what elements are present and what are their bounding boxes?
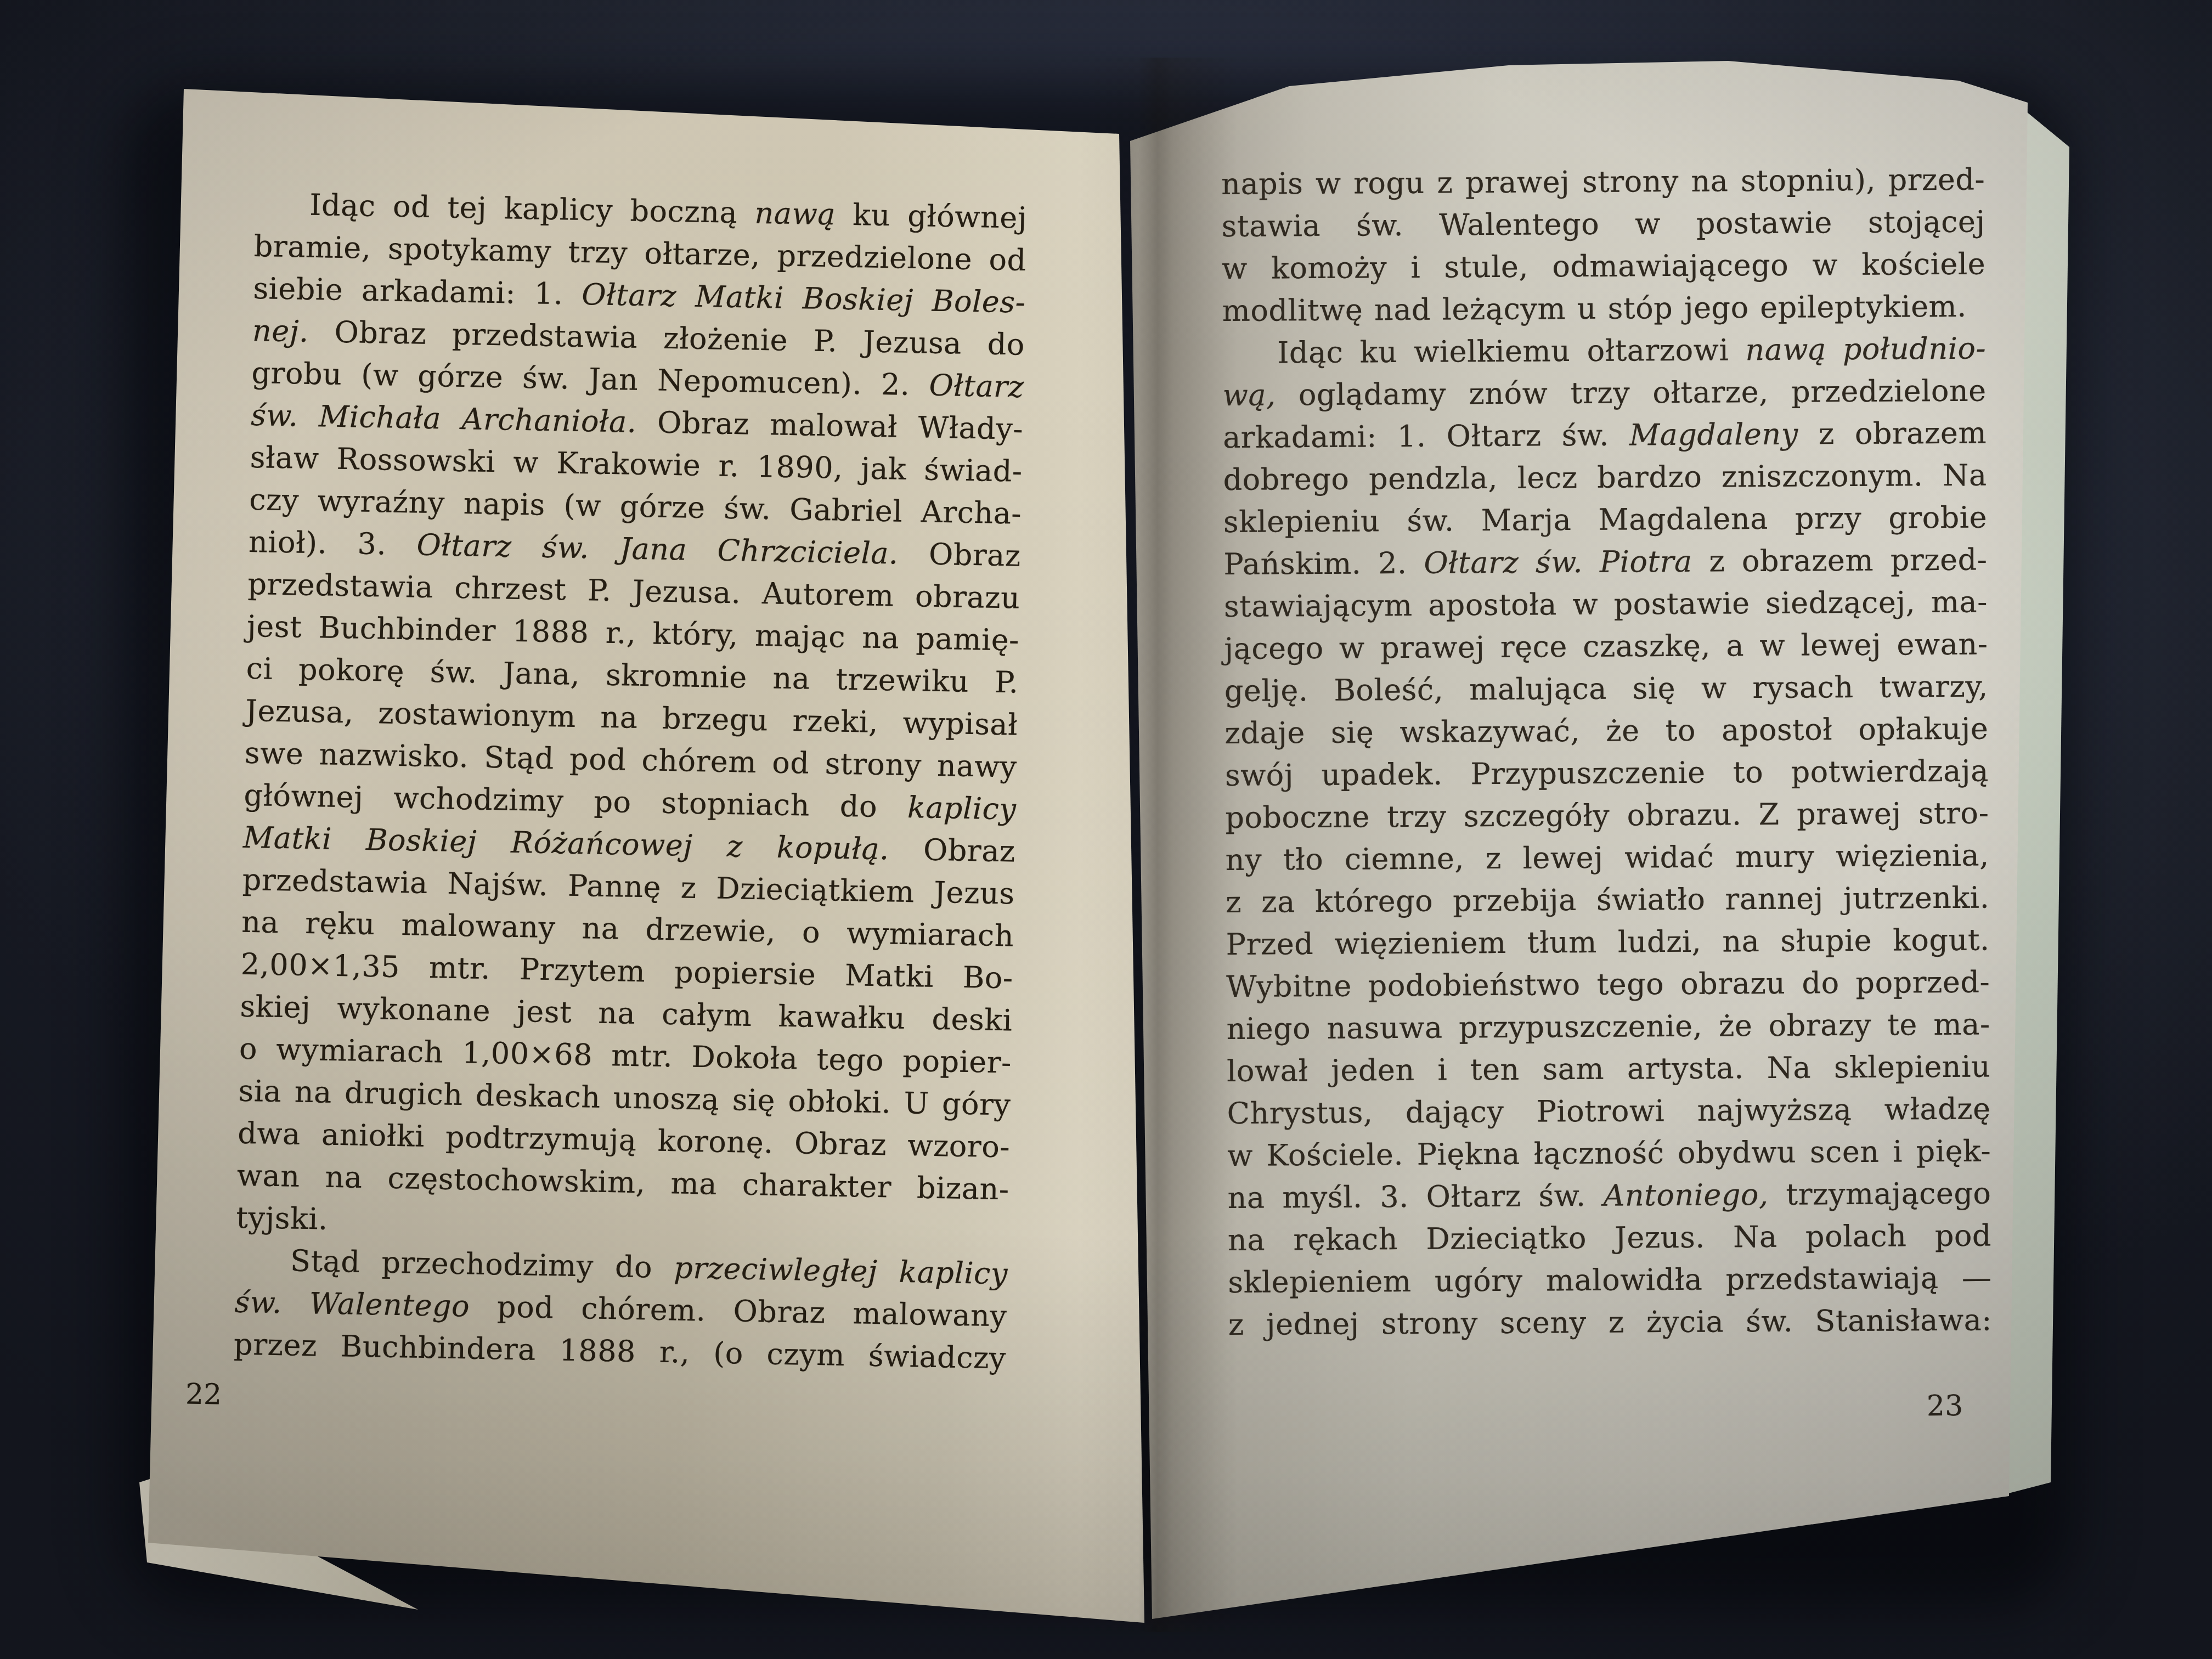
- text-line: modlitwę nad leżącym u stóp jego epilept…: [1222, 285, 1985, 332]
- right-page-number: 23: [1927, 1390, 1963, 1423]
- text-line: napis w rogu z prawej strony na stopniu)…: [1221, 158, 1985, 205]
- right-page-text: napis w rogu z prawej strony na stopniu)…: [1221, 158, 1992, 1345]
- left-page: Idąc od tej kaplicy boczną nawą ku główn…: [137, 66, 1158, 1646]
- text-line: swój upadek. Przypuszczenie to potwierdz…: [1225, 749, 1989, 797]
- text-line: z jednej strony sceny z życia św. Stanis…: [1228, 1299, 1992, 1346]
- text-line: z za którego przebija światło rannej jut…: [1226, 876, 1989, 923]
- photo-scene: Idąc od tej kaplicy boczną nawą ku główn…: [0, 0, 2212, 1659]
- text-line: Pańskim. 2. Ołtarz św. Piotra z obrazem …: [1223, 538, 1987, 585]
- text-line: dobrego pendzla, lecz bardzo zniszczonym…: [1223, 454, 1987, 501]
- left-page-text: Idąc od tej kaplicy boczną nawą ku główn…: [233, 183, 1027, 1379]
- text-line: lował jeden i ten sam artysta. Na sklepi…: [1227, 1045, 1990, 1092]
- text-line: niego nasuwa przypuszczenie, że obrazy t…: [1226, 1003, 1990, 1050]
- left-page-number: 22: [185, 1378, 222, 1411]
- text-line: sklepieniem ugóry malowidła przedstawiaj…: [1228, 1256, 1991, 1304]
- text-line: Idąc ku wielkiemu ołtarzowi nawą południ…: [1222, 327, 1986, 374]
- text-line: stawia św. Walentego w postawie stojącej: [1221, 200, 1985, 247]
- text-line: stawiającym apostoła w postawie siedzące…: [1224, 580, 1988, 628]
- text-line: arkadami: 1. Ołtarz św. Magdaleny z obra…: [1223, 411, 1987, 459]
- text-line: gelję. Boleść, malująca się w rysach twa…: [1224, 665, 1988, 712]
- text-line: w komoży i stule, odmawiającego w koście…: [1222, 242, 1985, 290]
- text-line: Przed więzieniem tłum ludzi, na słupie k…: [1226, 918, 1989, 966]
- text-line: na myśl. 3. Ołtarz św. Antoniego, trzyma…: [1227, 1172, 1991, 1219]
- text-line: ny tło ciemne, z lewej widać mury więzie…: [1226, 834, 1989, 881]
- text-line: w Kościele. Piękna łączność obydwu scen …: [1227, 1130, 1991, 1177]
- text-line: Wybitne podobieństwo tego obrazu do popr…: [1226, 961, 1990, 1008]
- text-line: poboczne trzy szczegóły obrazu. Z prawej…: [1225, 792, 1989, 839]
- text-line: na rękach Dzieciątko Jezus. Na polach po…: [1228, 1214, 1991, 1261]
- text-line: sklepieniu św. Marja Magdalena przy grob…: [1223, 496, 1987, 543]
- text-line: Chrystus, dający Piotrowi najwyższą wład…: [1227, 1087, 1990, 1135]
- text-line: wą, oglądamy znów trzy ołtarze, przedzie…: [1222, 369, 1986, 416]
- text-line: jącego w prawej ręce czaszkę, a w lewej …: [1224, 623, 1988, 670]
- text-line: zdaje się wskazywać, że to apostoł opłak…: [1224, 707, 1988, 754]
